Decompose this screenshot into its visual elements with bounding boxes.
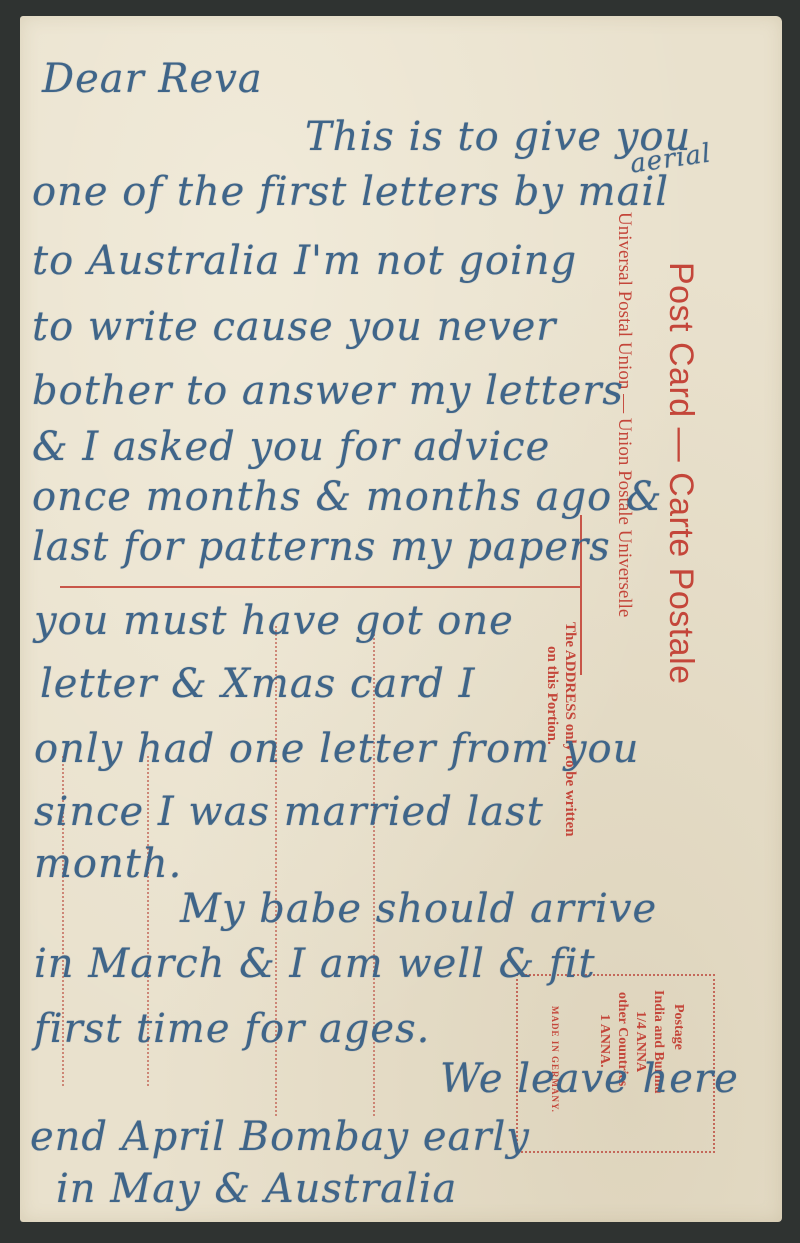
handwriting-line: only had one letter from you	[34, 726, 639, 772]
handwriting-line: once months & months ago &	[32, 474, 663, 520]
handwriting-line: Dear Reva	[42, 56, 263, 102]
handwriting-line: in May & Australia	[56, 1166, 457, 1212]
handwriting-line: month.	[34, 841, 182, 887]
handwriting-line: & I asked you for advice	[32, 424, 550, 470]
handwriting-line: bother to answer my letters	[32, 368, 624, 414]
postcard: Post Card — Carte Postale Universal Post…	[20, 16, 782, 1222]
postcard-title: Post Card — Carte Postale	[661, 262, 700, 685]
handwriting-line: to Australia I'm not going	[32, 238, 577, 284]
stamp-postage: Postage	[670, 1004, 686, 1050]
handwriting-line: My babe should arrive	[180, 886, 657, 932]
handwriting-line: end April Bombay early	[30, 1114, 530, 1160]
handwriting-line: We leave here	[440, 1056, 739, 1102]
handwriting-line: to write cause you never	[32, 304, 556, 350]
handwriting-line: since I was married last	[34, 789, 544, 835]
postal-union-subtitle: Universal Postal Union — Union Postale U…	[613, 212, 635, 617]
divider-horizontal	[60, 586, 580, 588]
handwriting-line: you must have got one	[34, 598, 514, 644]
handwriting-line: one of the first letters by mail	[32, 169, 669, 215]
handwriting-line: letter & Xmas card I	[40, 661, 475, 707]
handwriting-line: in March & I am well & fit	[34, 941, 596, 987]
handwriting-line: last for patterns my papers	[32, 524, 611, 570]
handwriting-line: first time for ages.	[34, 1006, 430, 1052]
